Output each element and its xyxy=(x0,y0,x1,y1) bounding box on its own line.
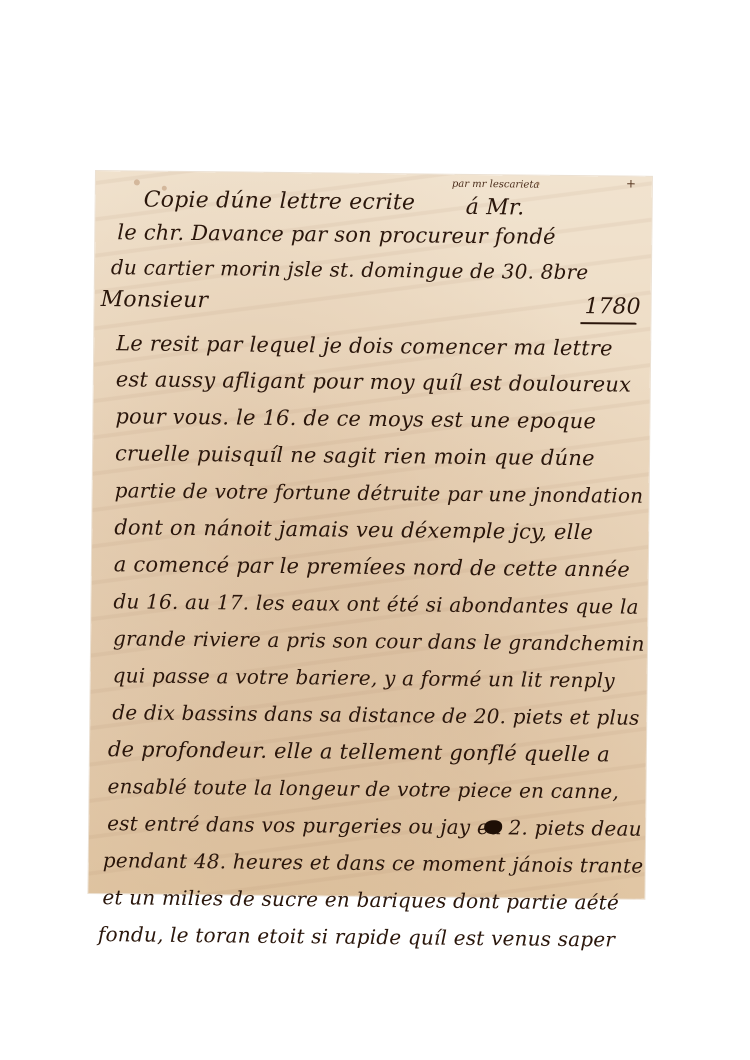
header-line-3: du cartier morin jsle st. domingue de 30… xyxy=(111,255,589,284)
body-line: cruelle puisquíl ne sagit rien moin que … xyxy=(115,441,595,470)
date-underline xyxy=(580,322,636,325)
header-line-2: le chr. Davance par son procureur fondé xyxy=(117,220,556,249)
body-line: de profondeur. elle a tellement gonflé q… xyxy=(108,737,610,766)
salutation: Monsieur xyxy=(101,287,209,313)
body-line: de dix bassins dans sa distance de 20. p… xyxy=(112,700,640,730)
letter-page: Copie dúne lettre ecrite par mr lescarie… xyxy=(88,171,652,899)
body-line: partie de votre fortune détruite par une… xyxy=(115,478,644,508)
body-line: pendant 48. heures et dans ce moment ján… xyxy=(103,848,644,878)
body-line: est aussy afligant pour moy quíl est dou… xyxy=(116,367,632,396)
interlinear-annotation: par mr lescarieta xyxy=(452,179,540,191)
header-line-1: Copie dúne lettre ecrite xyxy=(144,188,416,216)
body-line: dont on nánoit jamais veu déxemple jcy, … xyxy=(114,515,593,544)
body-line: Le resit par lequel je dois comencer ma … xyxy=(116,331,613,360)
date-year: 1780 xyxy=(584,294,640,320)
foxing-spot xyxy=(134,179,140,185)
ink-blot xyxy=(484,820,502,834)
body-line: pour vous. le 16. de ce moys est une epo… xyxy=(115,404,596,433)
margin-cross-mark: + xyxy=(626,177,636,191)
body-line: fondu, le toran etoit si rapide quíl est… xyxy=(98,922,615,951)
body-line: et un milies de sucre en bariques dont p… xyxy=(102,885,619,914)
body-line: est entré dans vos purgeries ou jay eu 2… xyxy=(107,811,642,841)
body-line: a comencé par le premíees nord de cette … xyxy=(114,552,630,581)
body-line: ensablé toute la longeur de votre piece … xyxy=(107,774,619,803)
body-line: grande riviere a pris son cour dans le g… xyxy=(113,626,645,656)
body-line: du 16. au 17. les eaux ont été si abonda… xyxy=(113,589,638,618)
header-line-1-tail: á Mr. xyxy=(466,195,525,221)
body-line: qui passe a votre bariere, y a formé un … xyxy=(113,663,615,692)
